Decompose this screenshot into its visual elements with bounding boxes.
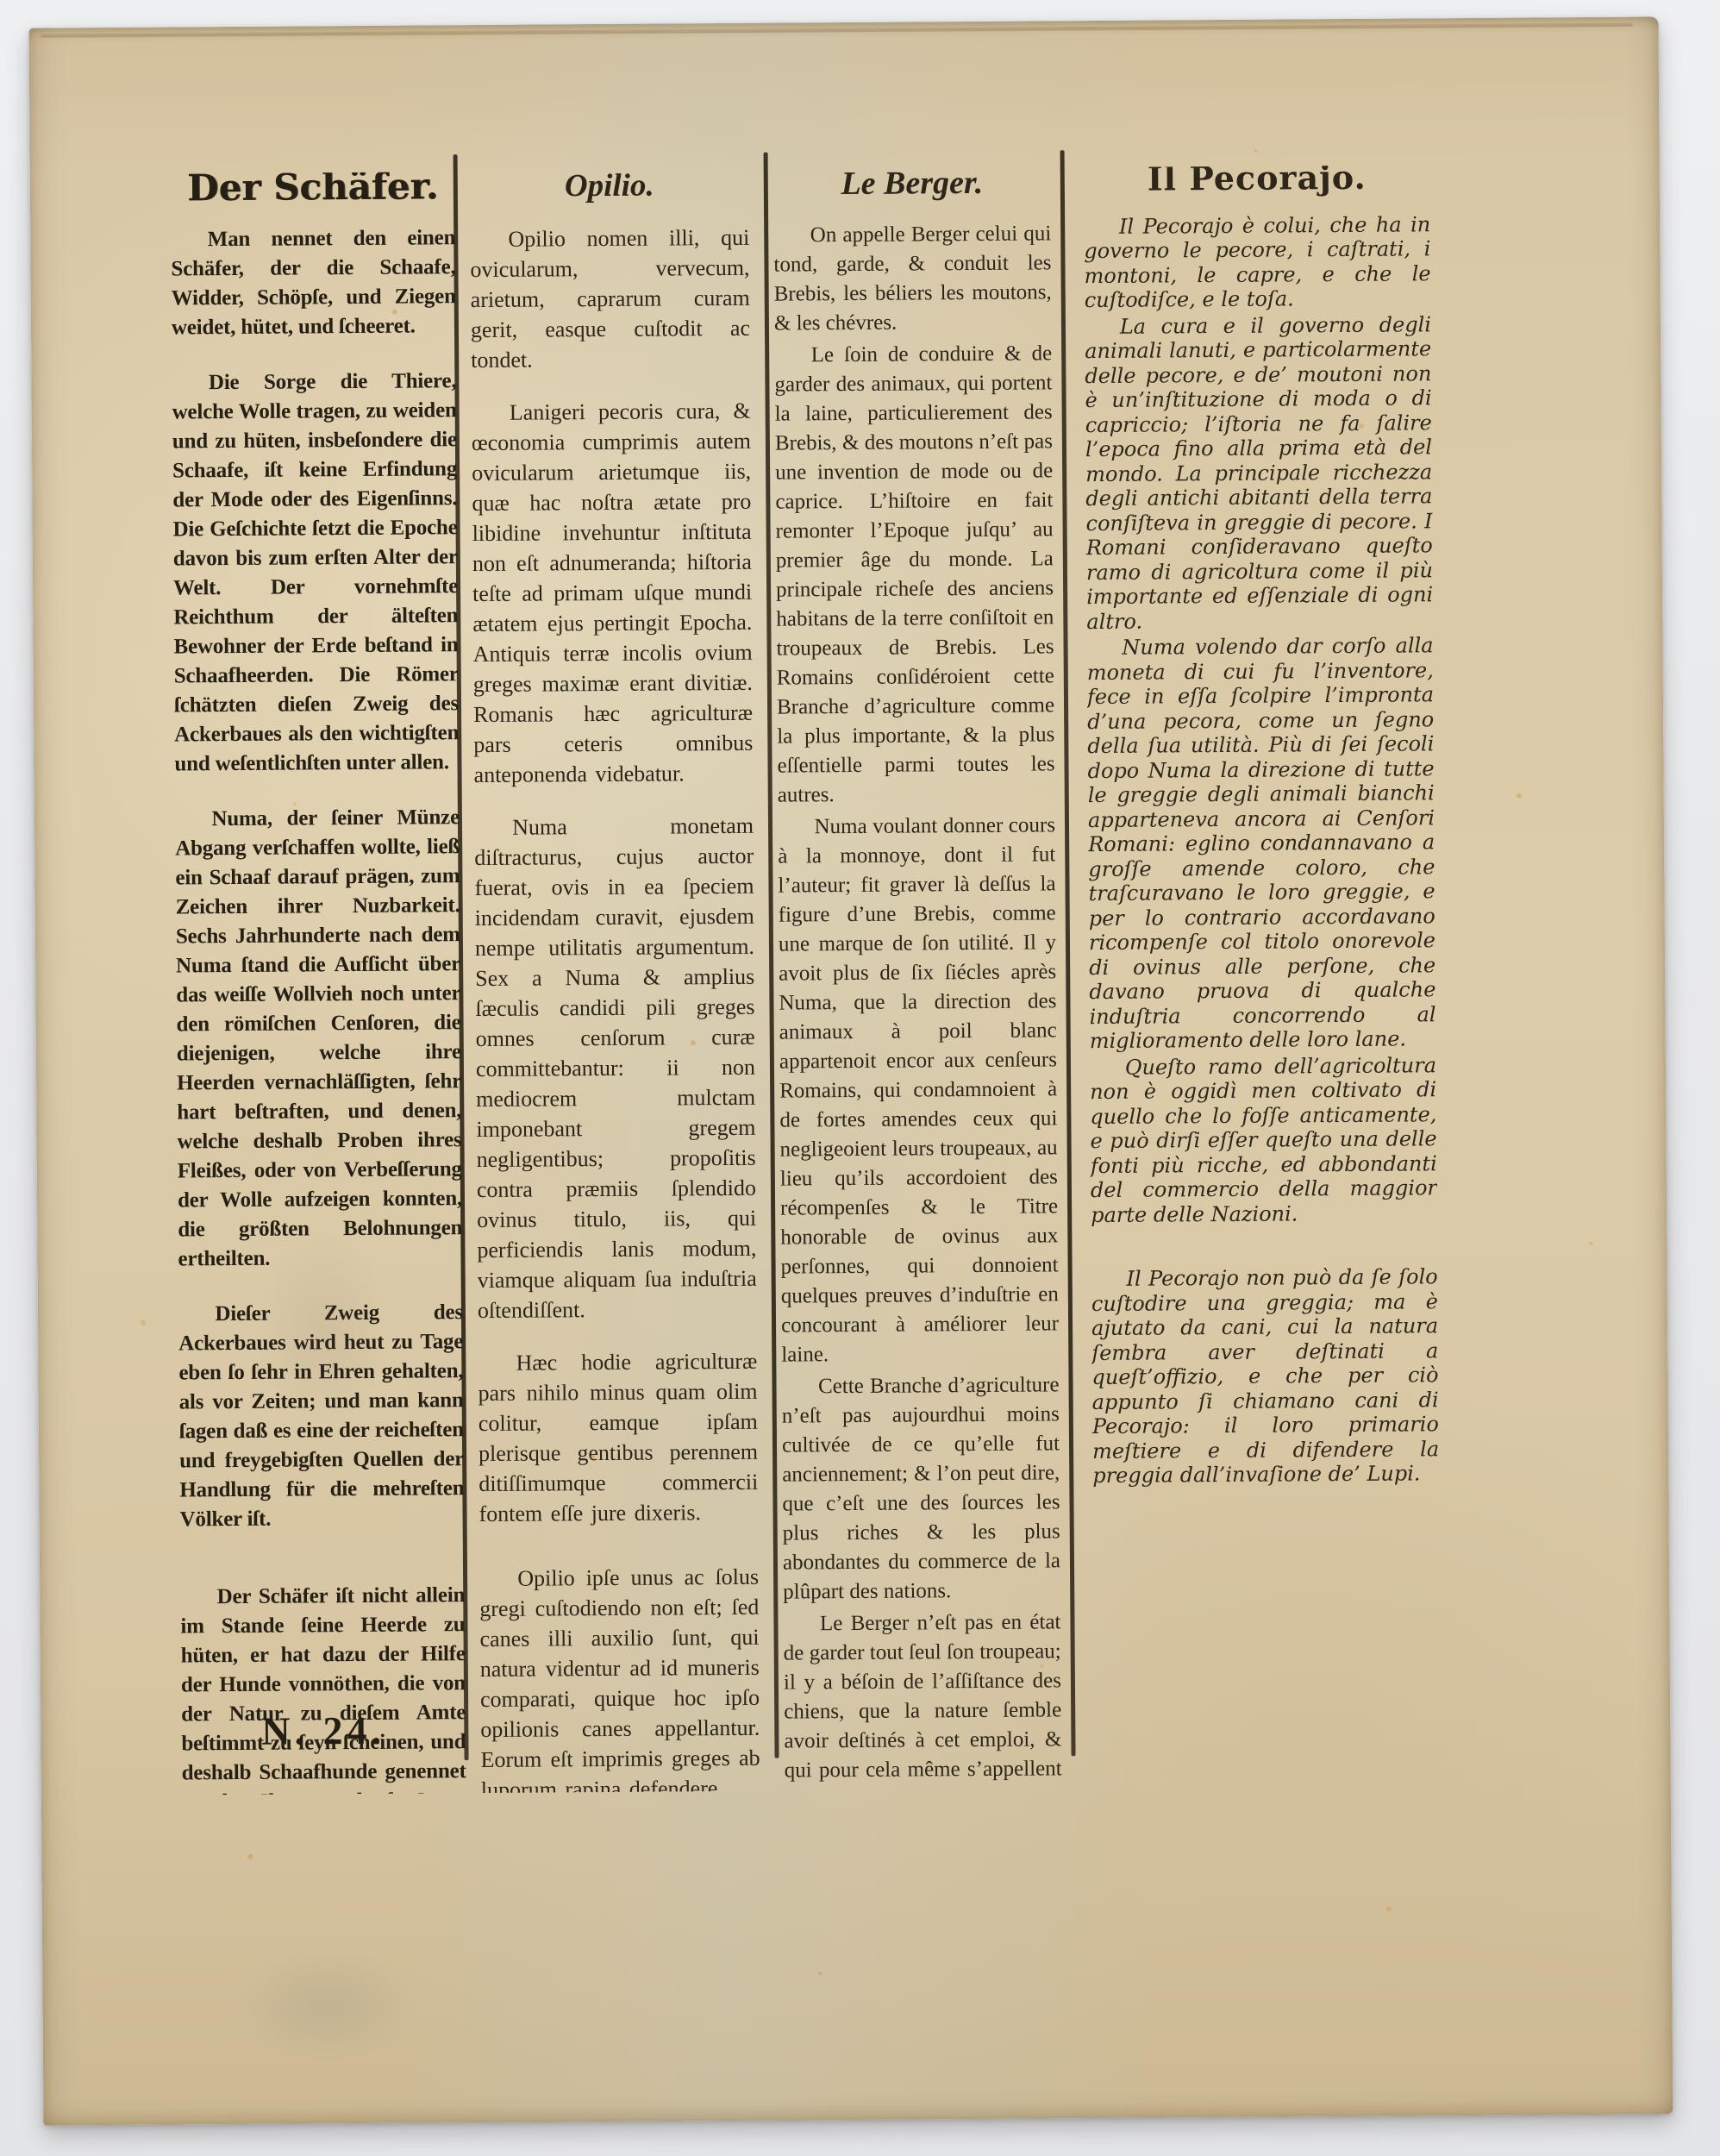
paragraph: La cura e il governo degli animali lanut… <box>1085 312 1434 634</box>
paragraph: On appelle Berger celui qui tond, garde,… <box>773 219 1052 338</box>
paragraph: Numa, der ſeiner Münze Abgang verſchaffe… <box>175 803 463 1274</box>
column-header-italian: Il Pecorajo. <box>1084 165 1430 191</box>
paragraph: Cette Branche d’agriculture n’eſt pas au… <box>781 1370 1060 1607</box>
plate-number: N. 24. <box>261 1708 385 1754</box>
column-french: Le Berger. On appelle Berger celui qui t… <box>773 167 1062 1790</box>
column-header-french: Le Berger. <box>773 167 1051 198</box>
paragraph: Hæc hodie agriculturæ pars nihilo minus … <box>478 1346 758 1529</box>
paper-specks <box>29 28 33 32</box>
paragraph: Die Sorge die Thiere, welche Wolle trage… <box>172 367 459 779</box>
page-background: { "page": { "kind": "printed four-langua… <box>0 0 1720 2156</box>
column-italian: Il Pecorajo. Il Pecorajo è colui, che ha… <box>1084 165 1440 1488</box>
paragraph: Il Pecorajo è colui, che ha in governo l… <box>1084 212 1431 313</box>
column-body-latin: Opilio nomen illi, qui ovicularum, verve… <box>470 222 760 1793</box>
paragraph: Man nennet den einen Schäfer, der die Sc… <box>171 223 456 342</box>
paragraph: Der Schäfer iſt nicht allein im Stande ſ… <box>180 1581 466 1795</box>
paragraph: Opilio nomen illi, qui ovicularum, verve… <box>470 222 750 375</box>
column-header-latin: Opilio. <box>470 170 749 202</box>
paragraph: Il Pecorajo non può da ſe ſolo cuſtodire… <box>1091 1264 1440 1488</box>
paper-smudge <box>232 1949 422 2063</box>
column-divider-3 <box>1060 150 1076 1756</box>
column-body-french: On appelle Berger celui qui tond, garde,… <box>773 219 1062 1790</box>
paragraph: Lanigeri pecoris cura, & œconomia cumpri… <box>472 396 754 790</box>
column-latin: Opilio. Opilio nomen illi, qui ovicularu… <box>470 170 760 1793</box>
column-body-german: Man nennet den einen Schäfer, der die Sc… <box>171 223 466 1795</box>
stacked-sheet-edge <box>41 23 1633 36</box>
column-german: Der Schäfer. Man nennet den einen Schäfe… <box>171 172 466 1795</box>
column-body-italian: Il Pecorajo è colui, che ha in governo l… <box>1084 212 1439 1489</box>
paper-smudge-2 <box>253 1233 392 1424</box>
column-header-german: Der Schäfer. <box>171 172 455 203</box>
paragraph: Numa monetam diſtracturus, cujus auctor … <box>474 811 757 1326</box>
paragraph: Le Berger n’eſt pas en état de garder to… <box>783 1608 1061 1790</box>
paragraph: Numa volendo dar corſo alla moneta di cu… <box>1086 633 1435 1053</box>
paragraph: Le ſoin de conduire & de garder des anim… <box>774 339 1055 810</box>
paragraph: Queſto ramo dell’agricoltura non è oggid… <box>1090 1053 1437 1227</box>
document-page: Der Schäfer. Man nennet den einen Schäfe… <box>29 16 1673 2125</box>
paragraph: Numa voulant donner cours à la monnoye, … <box>778 811 1060 1369</box>
paragraph: Opilio ipſe unus ac ſolus gregi cuſtodie… <box>479 1562 760 1793</box>
